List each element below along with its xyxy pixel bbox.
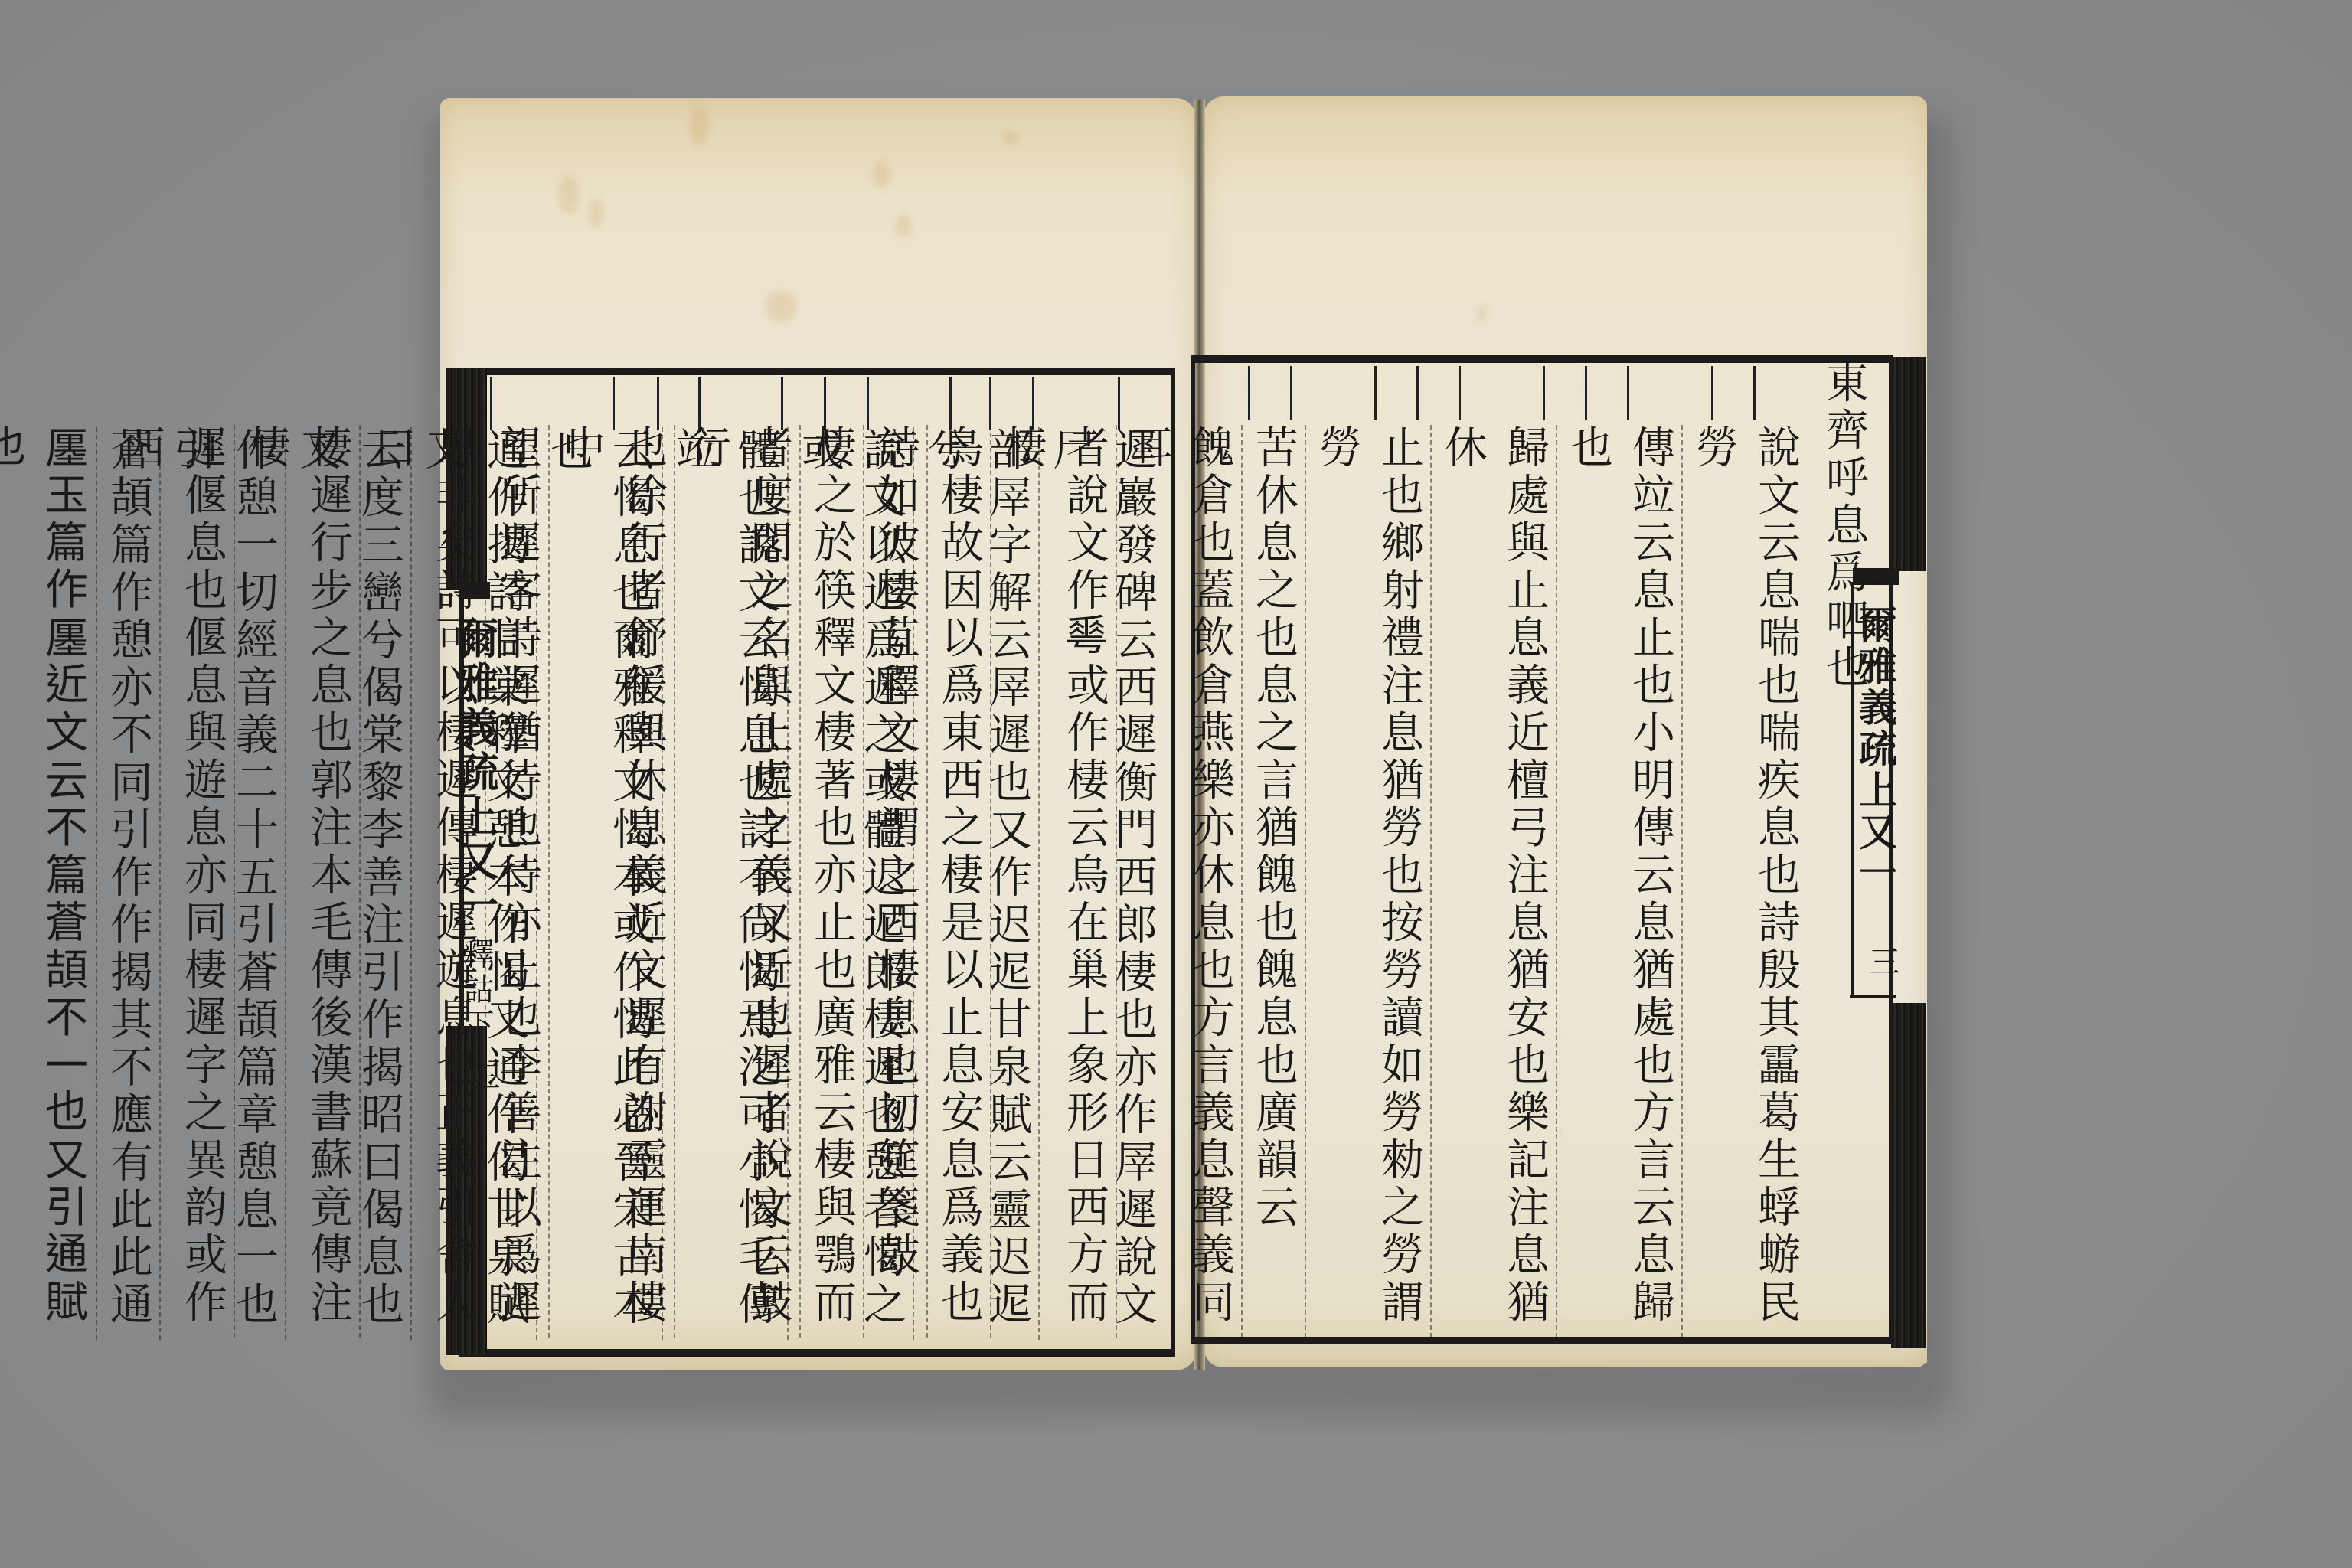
text-column: 思非矣詩可以棲遲傳棲遲遊息也正義引舍人曰	[359, 425, 485, 1338]
text-column: 詩如彼棲苴釋文棲謂之西棲息也初筵箋鼓	[863, 425, 926, 1338]
right-edge-ink-lower	[1891, 1003, 1926, 1347]
foxing-stain	[590, 199, 603, 227]
text-column: 止也鄉射禮注息猶勞也按勞讀如勞勑之勞謂勞	[1305, 425, 1430, 1338]
text-column: 者度閣之名與止處之義又近也遲者說文云鼓行	[674, 425, 799, 1338]
text-column: 餽倉也蓋飲倉燕樂亦休息也方言義息聲義同耳	[1116, 425, 1241, 1338]
right-edge-ink-upper	[1891, 357, 1926, 571]
text-column: 者說文作𠌶或作棲云烏在巢上象形日西方而棲	[990, 425, 1116, 1338]
text-column: 歸處與止息義近檀弓注息猶安也樂記注息猶休	[1430, 425, 1556, 1338]
text-column: 說文云息喘也喘疾息也詩殷其靁葛生蜉蝣民勞	[1681, 425, 1807, 1338]
right-page-text: 說文云息喘也喘疾息也詩殷其靁葛生蜉蝣民勞 傳竝云息止也小明傳云息猶處也方言云息歸…	[1210, 425, 1807, 1344]
right-folio-number: 三	[1860, 946, 1904, 976]
text-column: 鳥棲故因以爲東西之棲是以止息安息爲義也	[926, 425, 990, 1338]
text-column: 𠪨玉篇作𠪨近文云不篇蒼頡不一也又引通賦也	[0, 427, 96, 1340]
foxing-stain	[689, 107, 709, 145]
foxing-stain	[1003, 130, 1018, 145]
text-column: 棲之於筷釋文棲著也亦止也廣雅云棲與鶚而	[799, 425, 863, 1338]
foxing-stain	[766, 291, 796, 322]
text-column: 遲偃息也偃息與遊息亦同棲遲字之異韵或作西	[109, 425, 234, 1338]
text-column: 苦休息之也息之言猶餽也餽息也廣韻云	[1241, 425, 1305, 1338]
foxing-stain	[873, 161, 890, 187]
text-column: 棲遲行步之息也郭注本毛傳後漢書蘇竟傳注棲	[234, 425, 359, 1338]
foxing-stain	[1478, 306, 1485, 322]
foxing-stain	[896, 214, 911, 236]
right-fishtail-lower	[1850, 995, 1896, 998]
text-column: 也徐行者舒緩與休息義近文遲有謝靈運南樓中	[548, 425, 674, 1338]
right-column-ticks	[1210, 366, 1837, 427]
text-column: 望所遲客詩遲猶待也待亦止也李善注以爲遲	[485, 425, 548, 1338]
text-column: 傳竝云息止也小明傳云息猶處也方言云息歸也	[1556, 425, 1681, 1338]
foxing-stain	[559, 176, 579, 214]
